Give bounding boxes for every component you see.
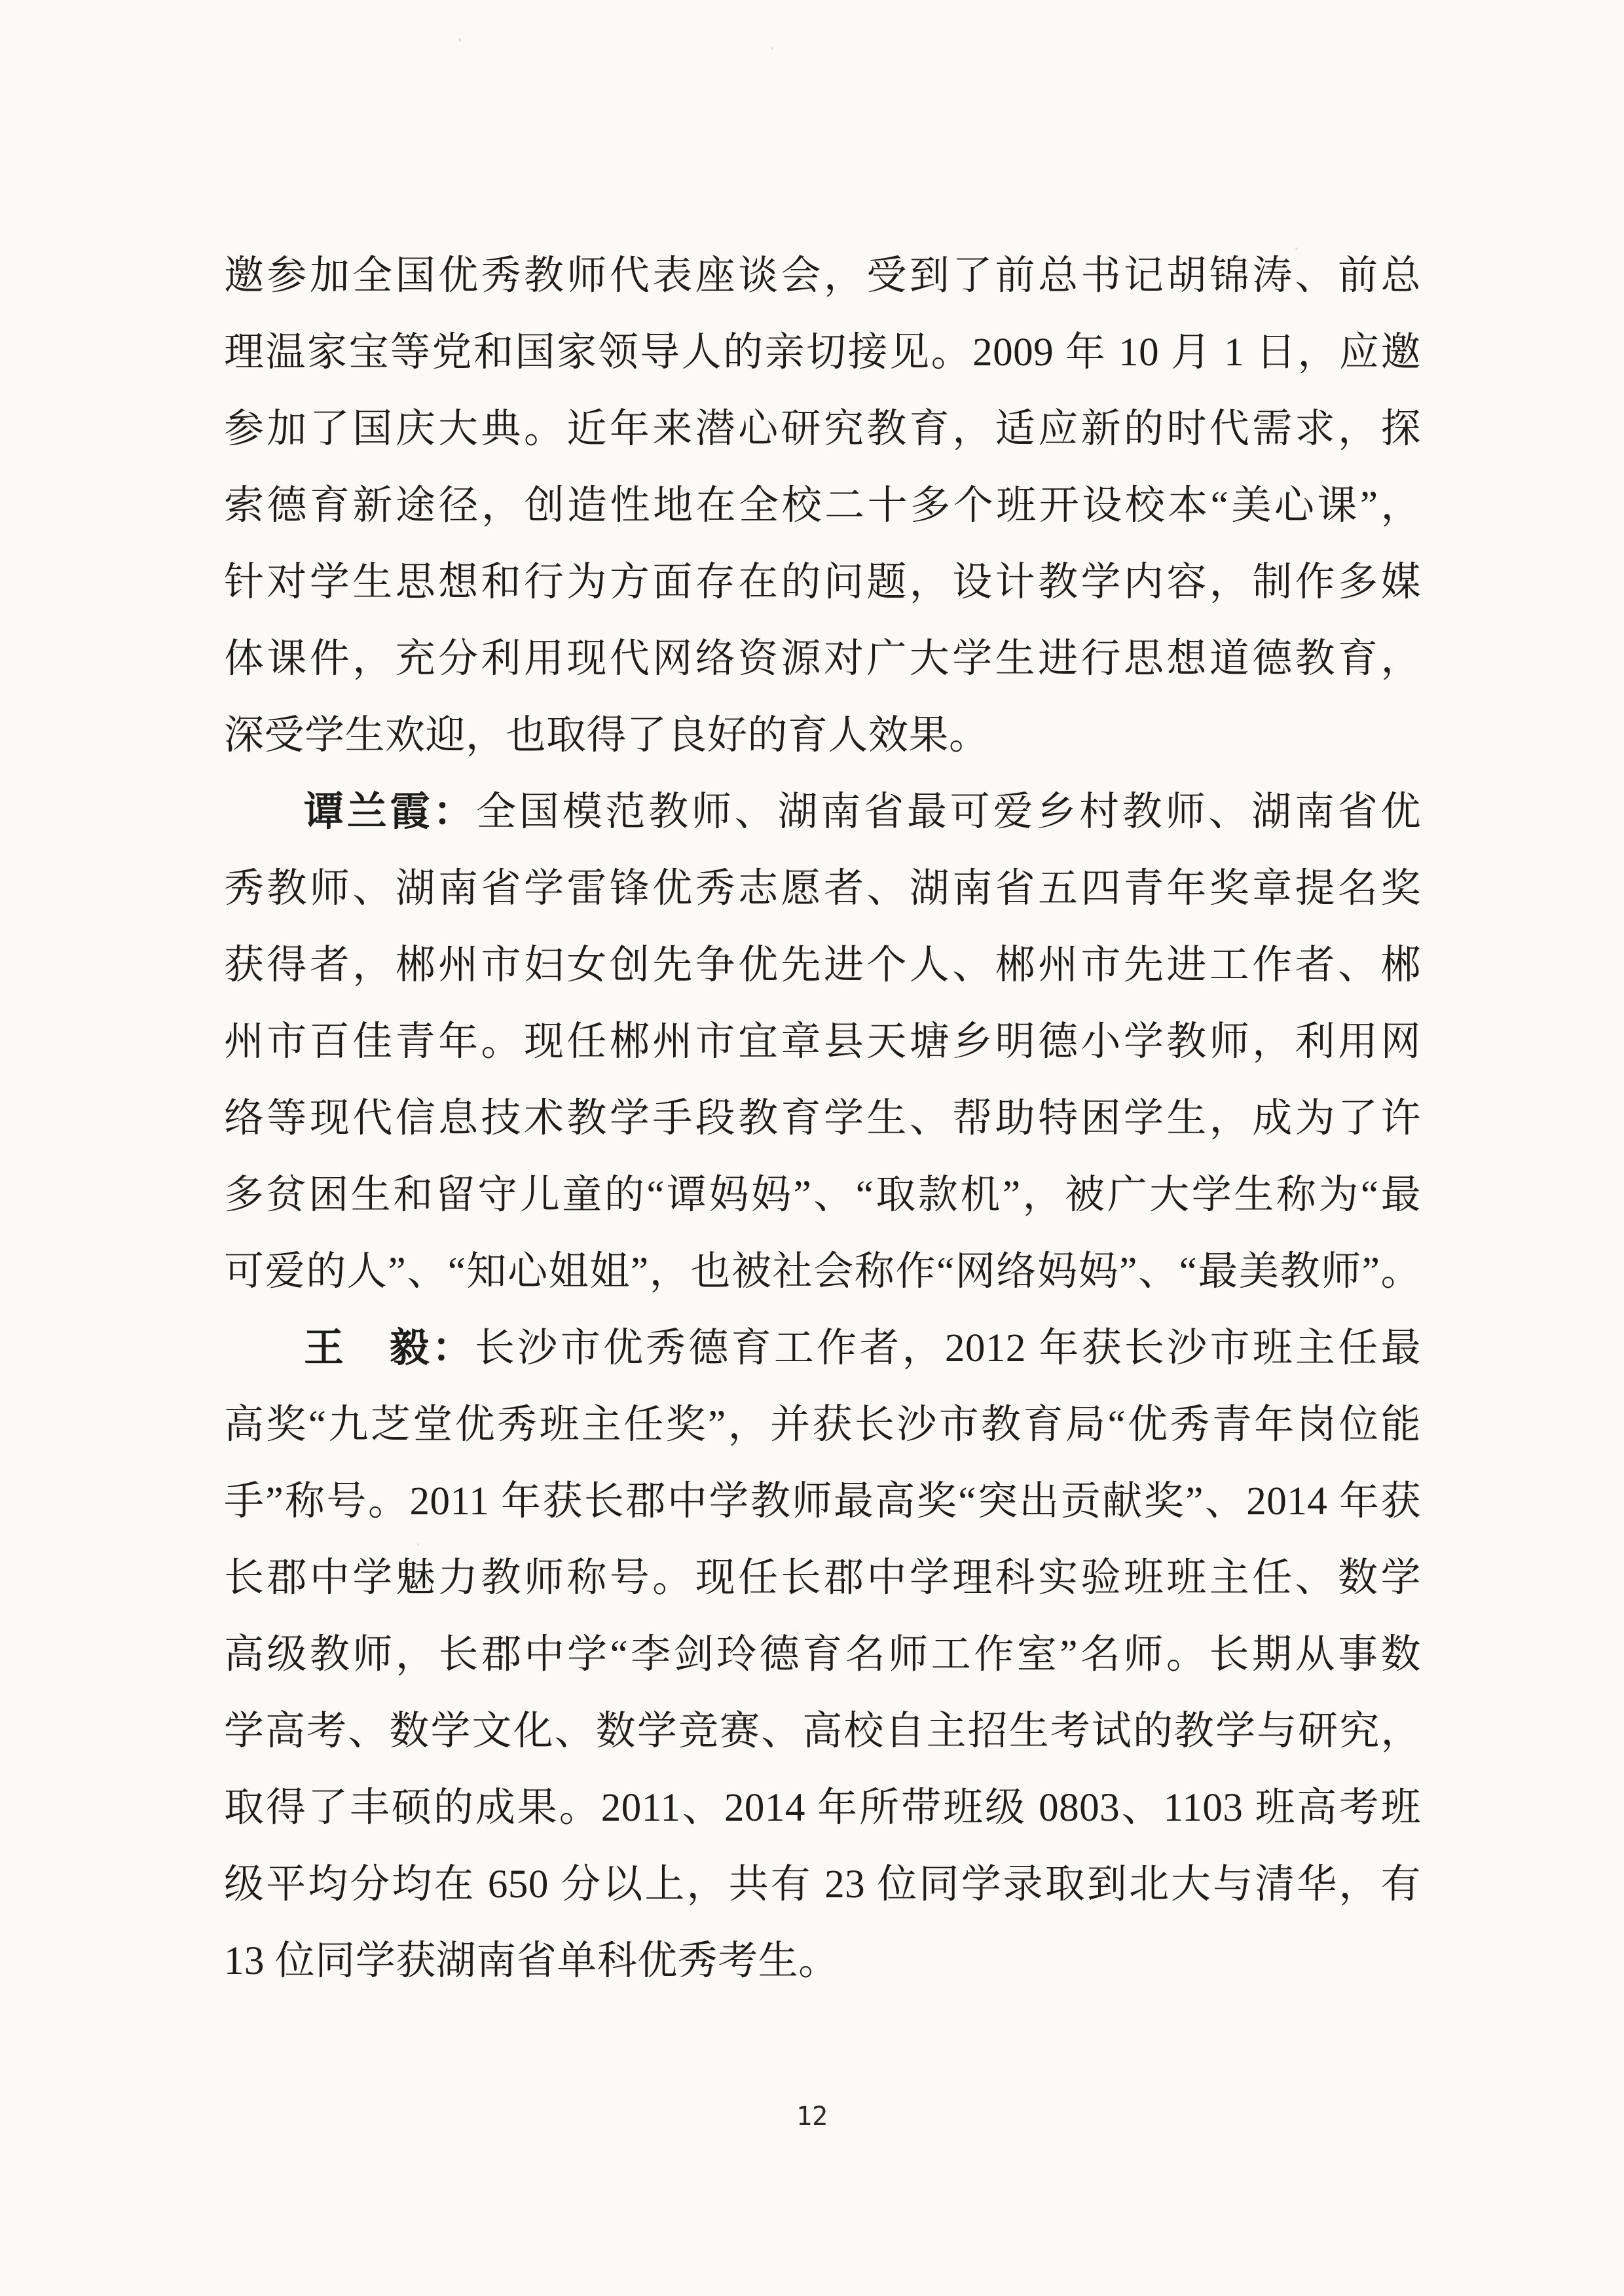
text-line: 高级教师，长郡中学“李剑玲德育名师工作室”名师。长期从事数 xyxy=(224,1616,1421,1693)
teacher-name-wang-yi: 王 毅： xyxy=(304,1326,475,1370)
text-line: 针对学生思想和行为方面存在的问题，设计教学内容，制作多媒 xyxy=(224,544,1421,621)
text-line: 络等现代信息技术教学手段教育学生、帮助特困学生，成为了许 xyxy=(224,1080,1421,1157)
text-line-rest: 长沙市优秀德育工作者，2012 年获长沙市班主任最 xyxy=(475,1326,1421,1370)
text-line: 级平均分均在 650 分以上，共有 23 位同学录取到北大与清华，有 xyxy=(224,1846,1421,1923)
text-line: 理温家宝等党和国家领导人的亲切接见。2009 年 10 月 1 日，应邀 xyxy=(224,314,1421,391)
text-line: 长郡中学魅力教师称号。现任长郡中学理科实验班班主任、数学 xyxy=(224,1540,1421,1616)
text-line: 邀参加全国优秀教师代表座谈会，受到了前总书记胡锦涛、前总 xyxy=(224,238,1421,314)
scan-speck xyxy=(771,47,773,50)
scan-speck xyxy=(458,38,461,42)
text-line: 可爱的人”、“知心姐姐”，也被社会称作“网络妈妈”、“最美教师”。 xyxy=(224,1233,1421,1310)
text-line: 谭兰霞：全国模范教师、湖南省最可爱乡村教师、湖南省优 xyxy=(224,774,1421,850)
paragraph-teacher-tan-lanxia: 谭兰霞：全国模范教师、湖南省最可爱乡村教师、湖南省优 秀教师、湖南省学雷锋优秀志… xyxy=(224,774,1421,1310)
text-line: 秀教师、湖南省学雷锋优秀志愿者、湖南省五四青年奖章提名奖 xyxy=(224,850,1421,927)
text-line: 取得了丰硕的成果。2011、2014 年所带班级 0803、1103 班高考班 xyxy=(224,1770,1421,1846)
text-line: 体课件，充分利用现代网络资源对广大学生进行思想道德教育， xyxy=(224,621,1421,697)
paragraph-continuation: 邀参加全国优秀教师代表座谈会，受到了前总书记胡锦涛、前总 理温家宝等党和国家领导… xyxy=(224,238,1421,774)
text-line-rest: 全国模范教师、湖南省最可爱乡村教师、湖南省优 xyxy=(476,790,1421,834)
teacher-name-tan-lanxia: 谭兰霞： xyxy=(304,790,476,834)
page-number: 12 xyxy=(0,2094,1624,2140)
text-line: 13 位同学获湖南省单科优秀考生。 xyxy=(224,1923,1421,1999)
text-line: 高奖“九芝堂优秀班主任奖”，并获长沙市教育局“优秀青年岗位能 xyxy=(224,1387,1421,1463)
text-line: 手”称号。2011 年获长郡中学教师最高奖“突出贡献奖”、2014 年获 xyxy=(224,1463,1421,1540)
text-line: 深受学生欢迎，也取得了良好的育人效果。 xyxy=(224,697,1421,774)
paragraph-teacher-wang-yi: 王 毅：长沙市优秀德育工作者，2012 年获长沙市班主任最 高奖“九芝堂优秀班主… xyxy=(224,1310,1421,1999)
text-line: 学高考、数学文化、数学竞赛、高校自主招生考试的教学与研究， xyxy=(224,1693,1421,1770)
text-line: 参加了国庆大典。近年来潜心研究教育，适应新的时代需求，探 xyxy=(224,391,1421,467)
text-line: 索德育新途径，创造性地在全校二十多个班开设校本“美心课”， xyxy=(224,467,1421,544)
scanned-document-page: 邀参加全国优秀教师代表座谈会，受到了前总书记胡锦涛、前总 理温家宝等党和国家领导… xyxy=(0,0,1624,2296)
text-line: 获得者，郴州市妇女创先争优先进个人、郴州市先进工作者、郴 xyxy=(224,927,1421,1004)
document-body: 邀参加全国优秀教师代表座谈会，受到了前总书记胡锦涛、前总 理温家宝等党和国家领导… xyxy=(224,238,1421,1999)
text-line: 多贫困生和留守儿童的“谭妈妈”、“取款机”，被广大学生称为“最 xyxy=(224,1157,1421,1233)
text-line: 王 毅：长沙市优秀德育工作者，2012 年获长沙市班主任最 xyxy=(224,1310,1421,1387)
text-line: 州市百佳青年。现任郴州市宜章县天塘乡明德小学教师，利用网 xyxy=(224,1004,1421,1080)
